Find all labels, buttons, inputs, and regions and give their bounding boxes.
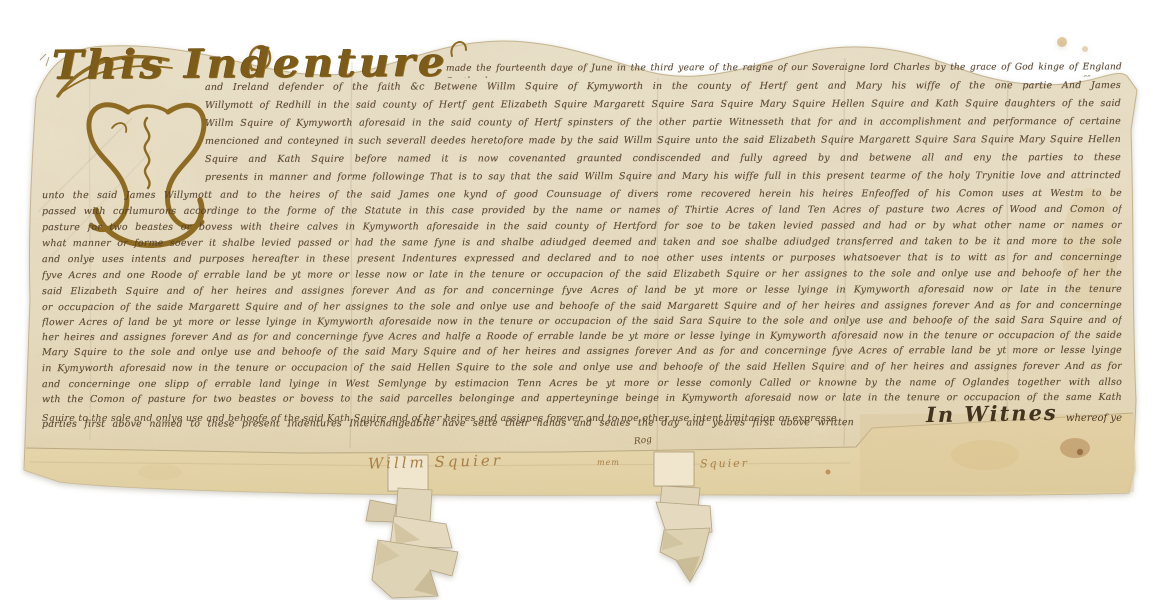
- manuscript-line-11: and onlye uses intents and purposes here…: [42, 251, 1122, 268]
- manuscript-line-opening: made the fourteenth daye of June in the …: [446, 61, 1122, 77]
- manuscript-line-1: and Ireland defender of the faith &c Bet…: [205, 79, 1121, 96]
- pen-trial-marks: [40, 54, 49, 66]
- seal-tag-left: [366, 488, 458, 598]
- signature-squier: Squier: [700, 457, 749, 471]
- manuscript-line-6: presents in manner and forme followinge …: [205, 169, 1121, 186]
- manuscript-line-2: Willymott of Redhill in the said county …: [205, 97, 1121, 114]
- closing-line: parties first above named to these prese…: [42, 416, 854, 433]
- manuscript-line-3: Willm Squire of Kymyworth aforesaid in t…: [205, 115, 1121, 132]
- manuscript-line-10: what manner or forme soever it shalbe le…: [42, 235, 1122, 252]
- signature-willm-squier: Willm Squier: [368, 451, 503, 473]
- manuscript-line-13: said Elizabeth Squire and of her heires …: [42, 283, 1122, 300]
- manuscript-line-9: pasture for two beastes or bovess with t…: [42, 219, 1122, 236]
- signature-note: mem: [597, 458, 620, 467]
- witness-clause-end: whereof ye: [1066, 413, 1122, 424]
- photo-of-indenture: This Indenture made the fourteenth daye …: [0, 0, 1153, 600]
- manuscript-line-4: mencioned and conteyned in such severall…: [205, 133, 1121, 150]
- stain-dark-spot: [1077, 449, 1083, 455]
- manuscript-line-18: in Kymyworth aforesaid now in the tenure…: [42, 360, 1122, 377]
- manuscript-line-12: fyve Acres and one Roode of errable land…: [42, 267, 1122, 284]
- manuscript-line-17: Mary Squire to the sole and onlye use an…: [42, 344, 1122, 361]
- witness-emphasis: In Witnes: [926, 401, 1058, 427]
- manuscript-line-7: unto the said James Willymott and to the…: [42, 187, 1122, 204]
- seal-tag-right: [656, 486, 712, 582]
- tag-slit-right: [654, 452, 694, 486]
- manuscript-line-8: passed with corlumurons accordinge to th…: [42, 203, 1122, 220]
- manuscript-line-5: Squire and Kath Squire before named it i…: [205, 151, 1121, 168]
